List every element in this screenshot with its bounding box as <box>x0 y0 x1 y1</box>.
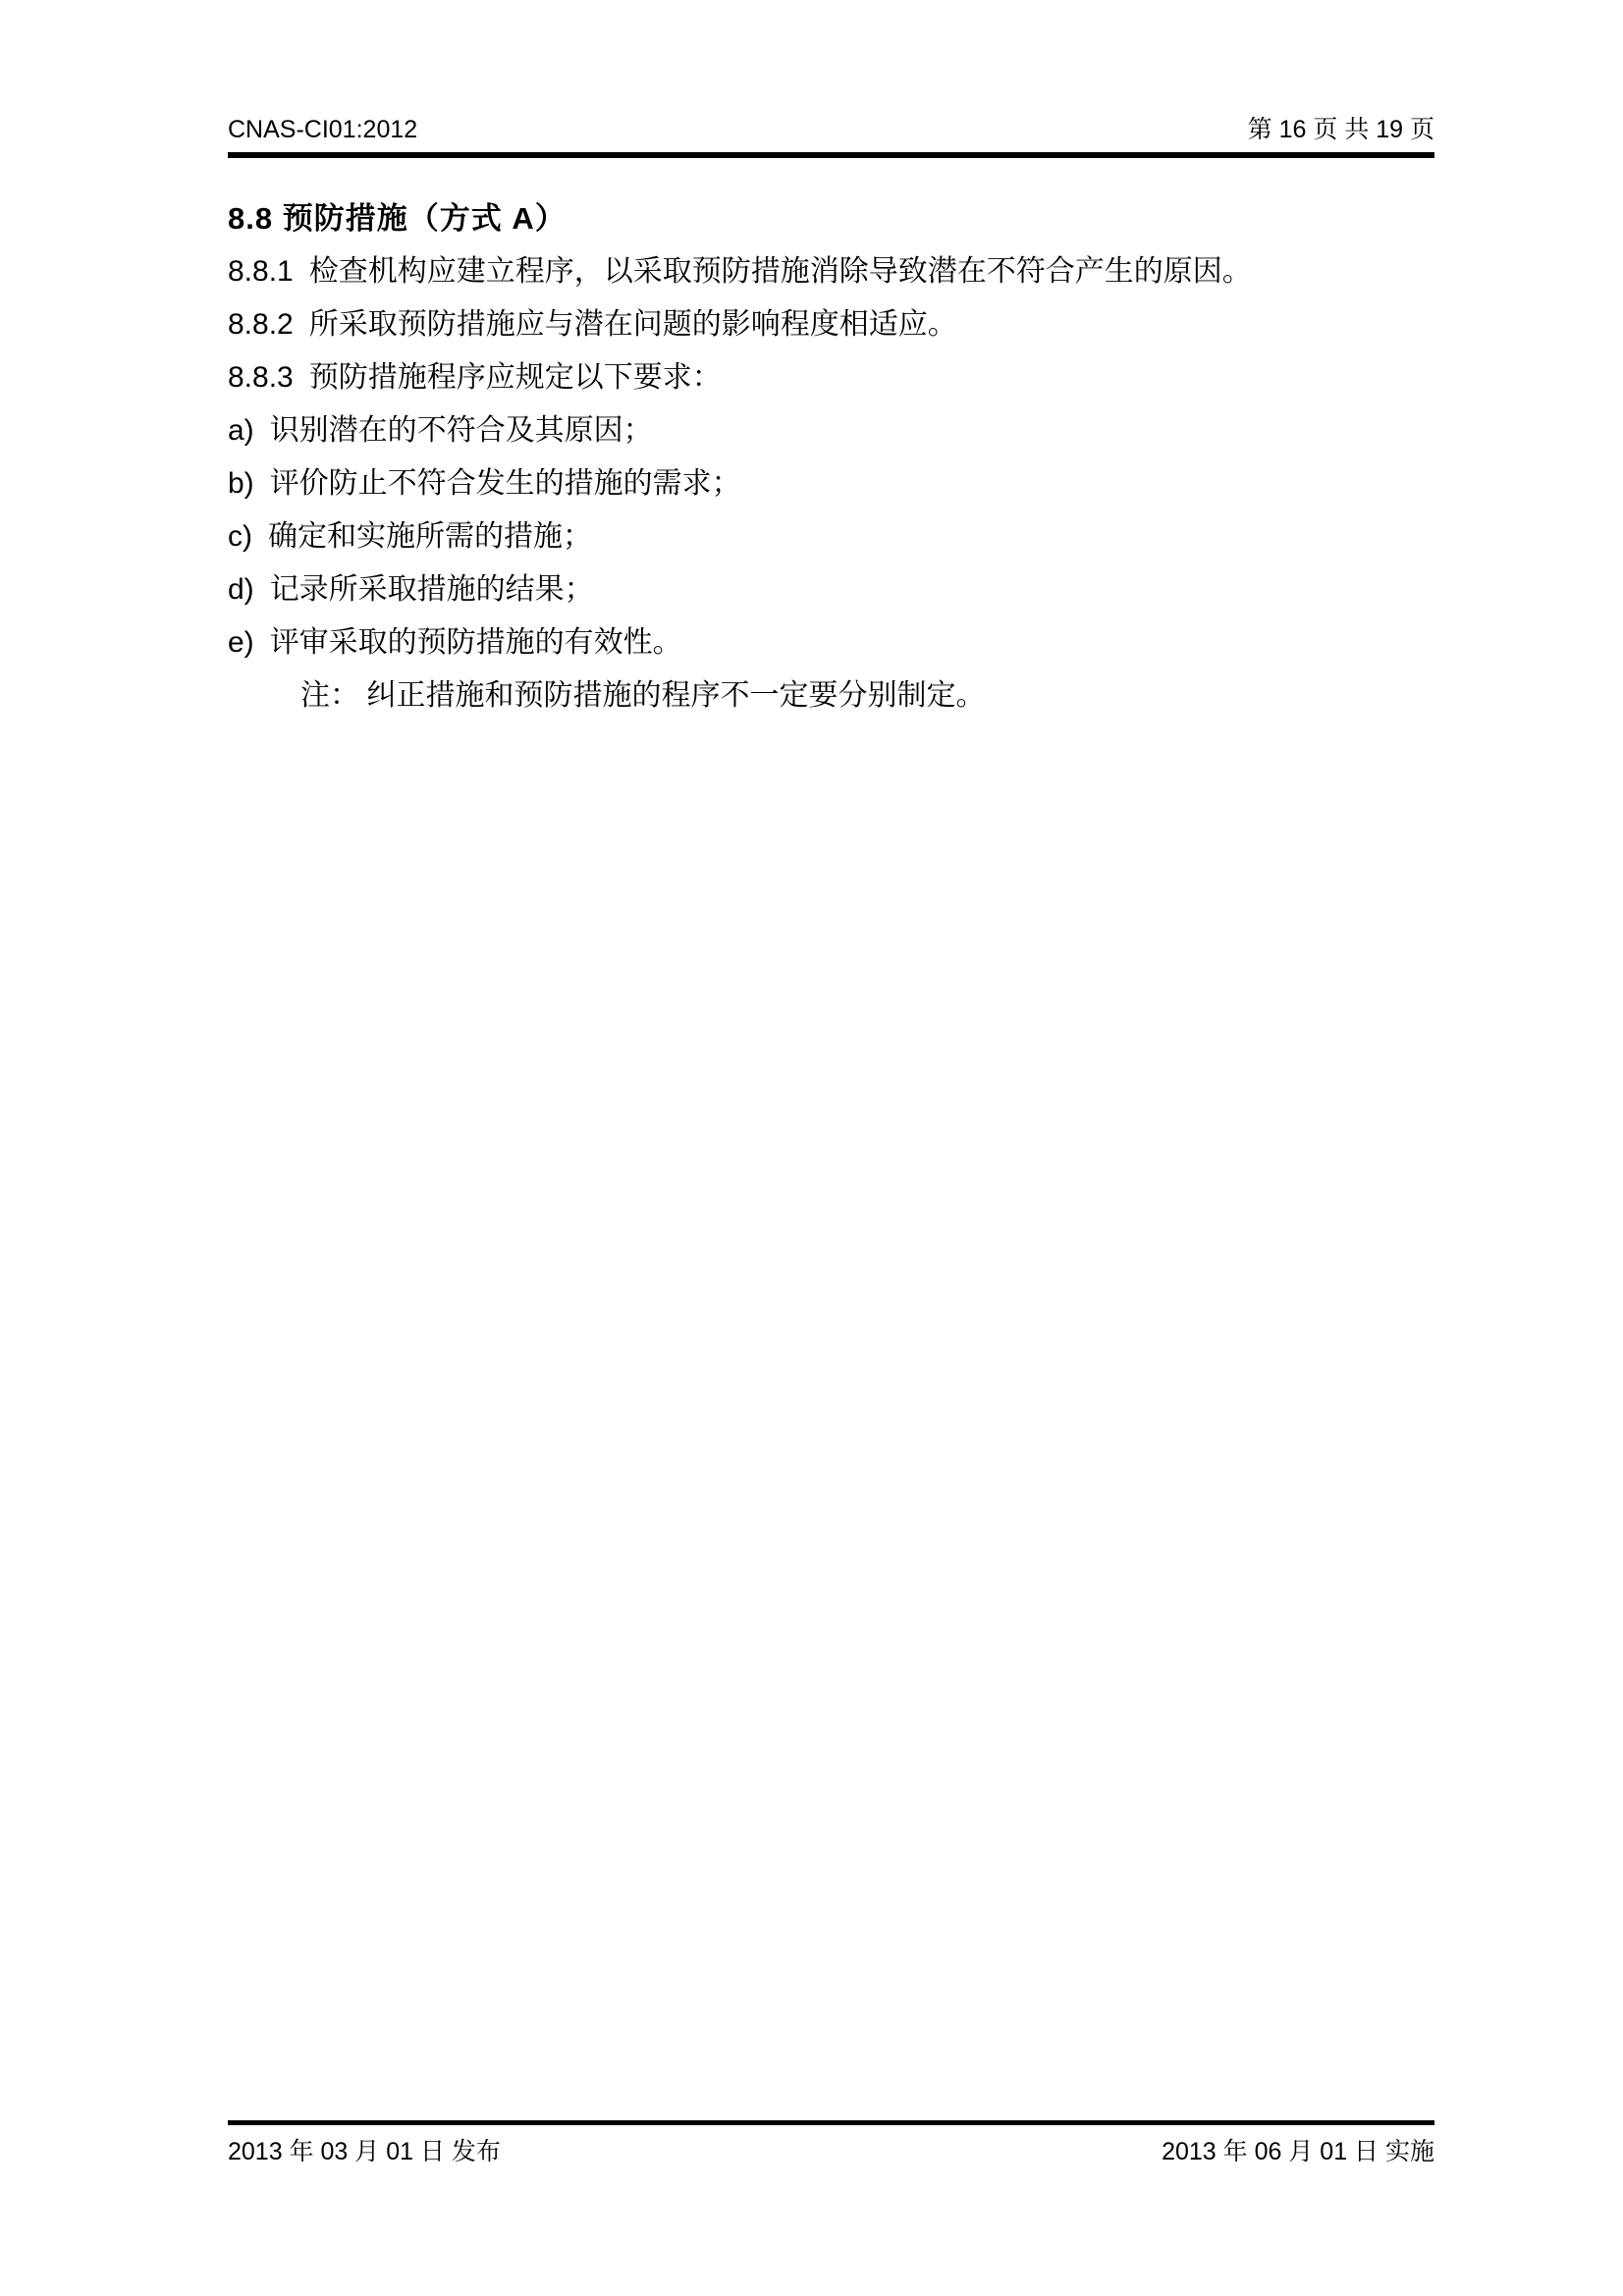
page-footer: 2013 年 03 月 01 日 发布 2013 年 06 月 01 日 实施 <box>228 2120 1434 2165</box>
list-marker: c) <box>228 510 252 563</box>
list-item-c: c)确定和实施所需的措施； <box>228 510 1434 563</box>
implementation-date: 2013 年 06 月 01 日 实施 <box>1162 2138 1434 2165</box>
clause-text: 所采取预防措施应与潜在问题的影响程度相适应。 <box>309 308 957 341</box>
clause-number: 8.8.3 <box>228 351 294 404</box>
list-item-d: d)记录所采取措施的结果； <box>228 563 1434 616</box>
page-number-info: 第 16 页 共 19 页 <box>1248 116 1434 143</box>
list-item-text: 识别潜在的不符合及其原因； <box>270 414 653 447</box>
clause-number: 8.8.1 <box>228 245 294 298</box>
list-item-b: b)评价防止不符合发生的措施的需求； <box>228 457 1434 510</box>
clause-8-8-2: 8.8.2所采取预防措施应与潜在问题的影响程度相适应。 <box>228 298 1434 351</box>
clause-8-8-1: 8.8.1检查机构应建立程序，以采取预防措施消除导致潜在不符合产生的原因。 <box>228 245 1434 298</box>
clause-number: 8.8.2 <box>228 298 294 351</box>
clause-text: 预防措施程序应规定以下要求： <box>309 361 722 394</box>
list-item-text: 记录所采取措施的结果； <box>270 573 594 606</box>
list-item-text: 确定和实施所需的措施； <box>268 520 592 553</box>
section-heading: 8.8 预防措施（方式 A） <box>228 192 1434 245</box>
document-page: CNAS-CI01:2012 第 16 页 共 19 页 8.8 预防措施（方式… <box>0 0 1623 2296</box>
document-id: CNAS-CI01:2012 <box>228 116 417 143</box>
release-date: 2013 年 03 月 01 日 发布 <box>228 2138 501 2165</box>
list-item-e: e)评审采取的预防措施的有效性。 <box>228 616 1434 669</box>
list-item-a: a)识别潜在的不符合及其原因； <box>228 404 1434 457</box>
list-item-text: 评价防止不符合发生的措施的需求； <box>270 467 741 500</box>
document-body: 8.8 预防措施（方式 A） 8.8.1检查机构应建立程序，以采取预防措施消除导… <box>228 192 1434 722</box>
list-marker: e) <box>228 616 254 669</box>
note: 注： 纠正措施和预防措施的程序不一定要分别制定。 <box>228 669 1434 722</box>
list-item-text: 评审采取的预防措施的有效性。 <box>270 626 682 659</box>
list-marker: a) <box>228 404 254 457</box>
list-marker: b) <box>228 457 254 510</box>
list-marker: d) <box>228 563 254 616</box>
page-header: CNAS-CI01:2012 第 16 页 共 19 页 <box>228 116 1434 158</box>
clause-8-8-3: 8.8.3预防措施程序应规定以下要求： <box>228 351 1434 404</box>
clause-text: 检查机构应建立程序，以采取预防措施消除导致潜在不符合产生的原因。 <box>309 255 1252 288</box>
